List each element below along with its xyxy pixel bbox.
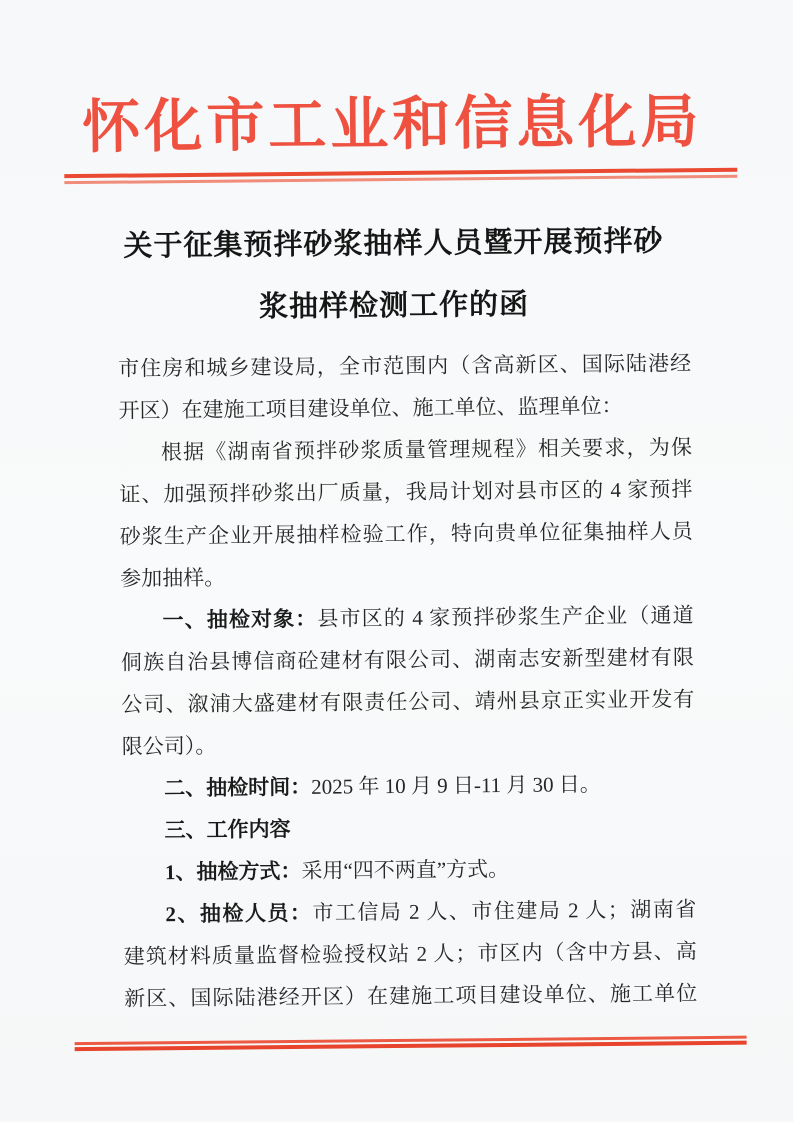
body-line-text: 县市区的 4 家预拌砂浆生产企业（通道	[317, 603, 693, 631]
body-line-text: 根据《湖南省预拌砂浆质量管理规程》相关要求，为保	[161, 435, 692, 464]
footer-double-red-line	[75, 1036, 747, 1051]
document-title-line1: 关于征集预拌砂浆抽样人员暨开展预拌砂	[0, 222, 790, 266]
body-line-text: 新区、国际陆港经开区）在建施工项目建设单位、施工单位	[124, 981, 697, 1010]
body-line-label: 一、抽检对象：	[162, 607, 317, 632]
body-line: 砂浆生产企业开展抽样检验工作，特向贵单位征集抽样人员	[120, 510, 693, 557]
header-double-red-line	[64, 168, 737, 184]
body-line-text: 采用“四不两直”方式。	[301, 857, 509, 883]
body-line: 限公司）。	[122, 720, 695, 767]
body-line-text: 开区）在建施工项目建设单位、施工单位、监理单位：	[118, 394, 622, 423]
body-line: 开区）在建施工项目建设单位、施工单位、监理单位：	[118, 384, 691, 431]
body-line-text: 市工信局 2 人、市住建局 2 人；湖南省	[312, 897, 696, 925]
body-line: 新区、国际陆港经开区）在建施工项目建设单位、施工单位	[124, 972, 697, 1019]
body-line: 市住房和城乡建设局，全市范围内（含高新区、国际陆港经	[118, 342, 691, 389]
document-title: 关于征集预拌砂浆抽样人员暨开展预拌砂 浆抽样检测工作的函	[0, 222, 791, 328]
body-line-label: 1、抽检方式：	[165, 859, 302, 884]
body-line: 公司、溆浦大盛建材有限责任公司、靖州县京正实业开发有	[121, 678, 694, 725]
body-line-text: 市住房和城乡建设局，全市范围内（含高新区、国际陆港经	[118, 351, 691, 380]
body-line-text: 建筑材料质量监督检验授权站 2 人；市区内（含中方县、高	[124, 939, 697, 968]
body-line: 三、工作内容	[122, 804, 695, 851]
body-line: 二、抽检时间：2025 年 10 月 9 日-11 月 30 日。	[122, 762, 695, 809]
body-line-text: 公司、溆浦大盛建材有限责任公司、靖州县京正实业开发有	[121, 687, 694, 716]
body-line-text: 侗族自治县博信商砼建材有限公司、湖南志安新型建材有限	[121, 645, 694, 674]
document-page: 怀化市工业和信息化局 关于征集预拌砂浆抽样人员暨开展预拌砂 浆抽样检测工作的函 …	[0, 0, 793, 1122]
document-title-line2: 浆抽样检测工作的函	[0, 284, 791, 328]
body-line-text: 砂浆生产企业开展抽样检验工作，特向贵单位征集抽样人员	[120, 519, 693, 548]
body-line-label: 2、抽检人员：	[165, 901, 312, 926]
body-line: 侗族自治县博信商砼建材有限公司、湖南志安新型建材有限	[121, 636, 694, 683]
body-line-label: 三、工作内容	[164, 817, 290, 842]
body-line: 参加抽样。	[120, 552, 693, 599]
agency-header-title: 怀化市工业和信息化局	[0, 88, 789, 162]
body-line-text: 证、加强预拌砂浆出厂质量，我局计划对县市区的 4 家预拌	[119, 477, 692, 506]
body-line-text: 2025 年 10 月 9 日-11 月 30 日。	[311, 772, 601, 799]
body-line: 1、抽检方式：采用“四不两直”方式。	[123, 846, 696, 893]
body-line: 根据《湖南省预拌砂浆质量管理规程》相关要求，为保	[119, 426, 692, 473]
body-line-text: 参加抽样。	[120, 566, 225, 591]
body-line-label: 二、抽检时间：	[164, 775, 311, 800]
body-line: 证、加强预拌砂浆出厂质量，我局计划对县市区的 4 家预拌	[119, 468, 692, 515]
document-content: 怀化市工业和信息化局 关于征集预拌砂浆抽样人员暨开展预拌砂 浆抽样检测工作的函 …	[0, 0, 793, 1122]
body-line: 建筑材料质量监督检验授权站 2 人；市区内（含中方县、高	[124, 930, 697, 977]
body-line-text: 限公司）。	[122, 734, 217, 759]
body-line: 一、抽检对象：县市区的 4 家预拌砂浆生产企业（通道	[120, 594, 693, 641]
document-body: 市住房和城乡建设局，全市范围内（含高新区、国际陆港经开区）在建施工项目建设单位、…	[118, 342, 697, 1019]
body-line: 2、抽检人员：市工信局 2 人、市住建局 2 人；湖南省	[123, 888, 696, 935]
